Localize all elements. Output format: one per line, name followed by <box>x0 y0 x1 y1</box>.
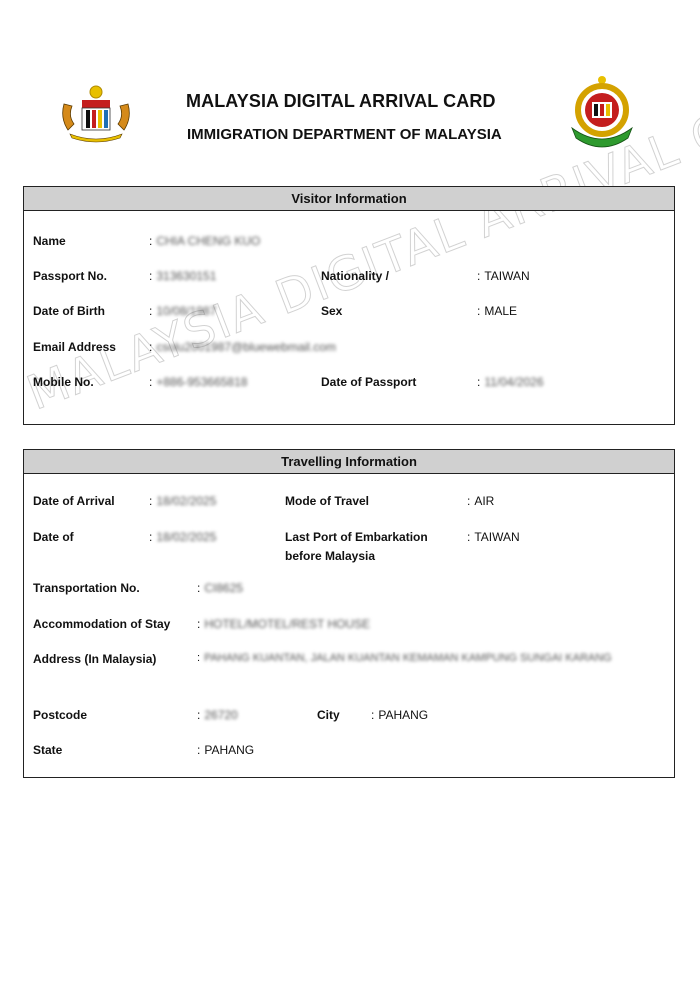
postcode-label: Postcode <box>33 708 87 722</box>
dob-label: Date of Birth <box>33 304 105 318</box>
state-value: :PAHANG <box>197 743 254 757</box>
section-heading: Visitor Information <box>24 187 674 211</box>
page-title: MALAYSIA DIGITAL ARRIVAL CARD <box>186 91 496 112</box>
accommodation-value: :HOTEL/MOTEL/REST HOUSE <box>197 617 370 631</box>
page-subtitle: IMMIGRATION DEPARTMENT OF MALAYSIA <box>187 126 502 143</box>
nationality-label: Nationality / <box>321 269 389 283</box>
section-heading: Travelling Information <box>24 450 674 474</box>
name-label: Name <box>33 234 66 248</box>
dob-value: :10/08/1987 <box>149 304 216 318</box>
immigration-department-emblem-icon <box>566 74 638 150</box>
travel-mode-label: Mode of Travel <box>285 494 369 508</box>
address-label: Address (In Malaysia) <box>33 652 156 666</box>
passport-label: Passport No. <box>33 269 107 283</box>
passport-date-value: :11/04/2026 <box>477 375 544 389</box>
state-label: State <box>33 743 62 757</box>
email-label: Email Address <box>33 340 116 354</box>
city-label: City <box>317 708 340 722</box>
passport-value: :313630151 <box>149 269 216 283</box>
travelling-information-section: Travelling Information Date of Arrival :… <box>23 449 675 778</box>
nationality-value: :TAIWAN <box>477 269 530 283</box>
date-of-label: Date of <box>33 530 74 544</box>
transport-no-value: :CI8625 <box>197 581 243 595</box>
date-of-value: :18/02/2025 <box>149 530 216 544</box>
mobile-label: Mobile No. <box>33 375 94 389</box>
mobile-value: :+886-953665818 <box>149 375 247 389</box>
travel-mode-value: :AIR <box>467 494 494 508</box>
address-value: :PAHANG KUANTAN, JALAN KUANTAN KEMAMAN K… <box>197 652 612 664</box>
arrival-date-label: Date of Arrival <box>33 494 115 508</box>
sex-label: Sex <box>321 304 342 318</box>
email-value: :csolu2001987@bluewebmail.com <box>149 340 336 354</box>
passport-date-label: Date of Passport <box>321 375 416 389</box>
malaysia-coat-of-arms-icon <box>58 84 134 144</box>
city-value: :PAHANG <box>371 708 428 722</box>
sex-value: :MALE <box>477 304 517 318</box>
name-value: :CHIA CHENG KUO <box>149 234 260 248</box>
last-port-value: :TAIWAN <box>467 530 520 544</box>
transport-no-label: Transportation No. <box>33 581 140 595</box>
arrival-date-value: :18/02/2025 <box>149 494 216 508</box>
accommodation-label: Accommodation of Stay <box>33 617 170 631</box>
postcode-value: :26720 <box>197 708 238 722</box>
last-port-label: Last Port of Embarkationbefore Malaysia <box>285 530 428 563</box>
visitor-information-section: Visitor Information Name :CHIA CHENG KUO… <box>23 186 675 425</box>
